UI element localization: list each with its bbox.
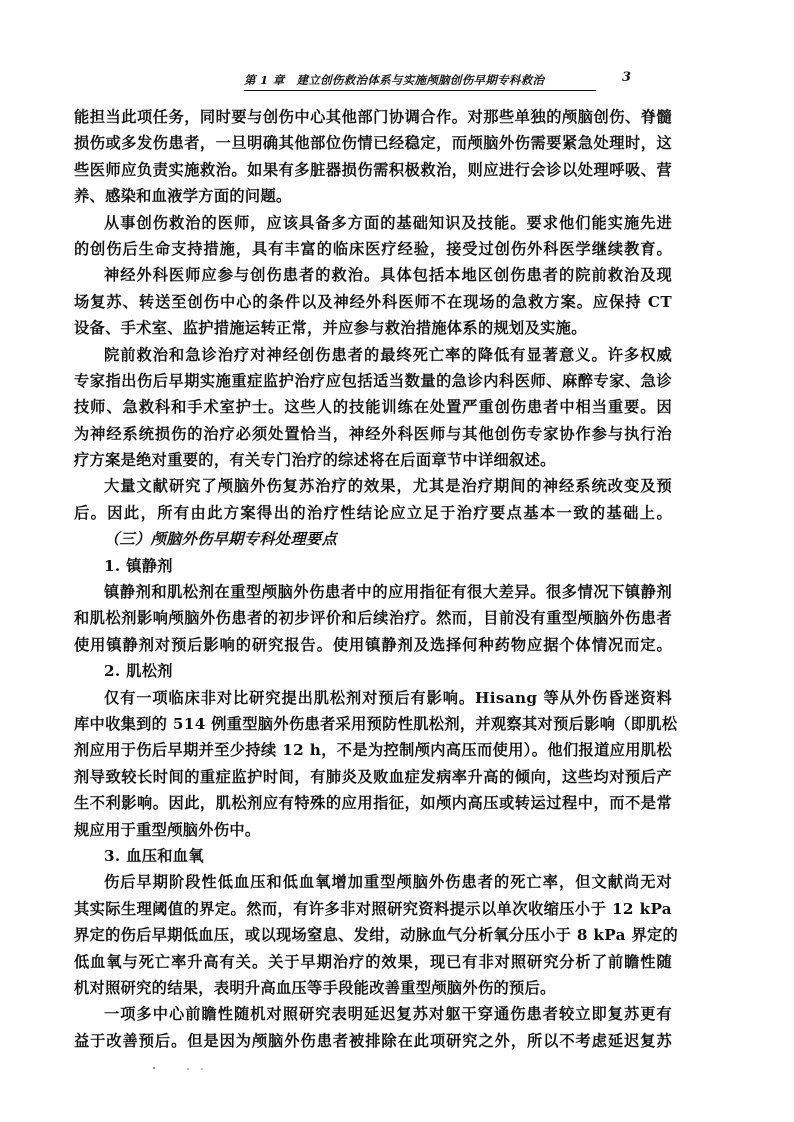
text-line: 专家指出伤后早期实施重症监护治疗应包括适当数量的急诊内科医师、麻醉专家、急诊: [74, 368, 672, 394]
text-line: 1. 镇静剂: [74, 553, 672, 579]
text-line: 低血氧与死亡率升高有关。关于早期治疗的效果，现已有非对照研究分析了前瞻性随: [74, 949, 672, 975]
text-line: 机对照研究的结果，表明升高血压等手段能改善重型颅脑外伤的预后。: [74, 975, 672, 1001]
text-line: 能担当此项任务，同时要与创伤中心其他部门协调合作。对那些单独的颅脑创伤、脊髓: [74, 104, 672, 130]
text-line: 益于改善预后。但是因为颅脑外伤患者被排除在此项研究之外，所以不考虑延迟复苏: [74, 1028, 672, 1054]
text-line: 为神经系统损伤的治疗必须处置恰当，神经外科医师与其他创伤专家协作参与执行治: [74, 421, 672, 447]
text-line: 伤后早期阶段性低血压和低血氧增加重型颅脑外伤患者的死亡率，但文献尚无对: [74, 869, 672, 895]
text-line: 仅有一项临床非对比研究提出肌松剂对预后有影响。Hisang 等从外伤昏迷资料: [74, 685, 672, 711]
text-line: 疗方案是绝对重要的，有关专门治疗的综述将在后面章节中详细叙述。: [74, 447, 672, 473]
text-line: 一项多中心前瞻性随机对照研究表明延迟复苏对躯干穿通伤患者较立即复苏更有: [74, 1001, 672, 1027]
text-line: 大量文献研究了颅脑外伤复苏治疗的效果，尤其是治疗期间的神经系统改变及预: [74, 473, 672, 499]
text-line: 剂应用于伤后早期并至少持续 12 h，不是为控制颅内高压而使用）。他们报道应用肌…: [74, 737, 672, 763]
text-line: 场复苏、转送至创伤中心的条件以及神经外科医师不在现场的急救方案。应保持 CT: [74, 289, 672, 315]
text-line: 规应用于重型颅脑外伤中。: [74, 817, 672, 843]
text-line: 库中收集到的 514 例重型脑外伤患者采用预防性肌松剂，并观察其对预后影响（即肌…: [74, 711, 672, 737]
text-line: 使用镇静剂对预后影响的研究报告。使用镇静剂及选择何种药物应据个体情况而定。: [74, 632, 672, 658]
text-line: 生不利影响。因此，肌松剂应有特殊的应用指征，如颅内高压或转运过程中，而不是常: [74, 790, 672, 816]
text-line: 院前救治和急诊治疗对神经创伤患者的最终死亡率的降低有显著意义。许多权威: [74, 342, 672, 368]
text-line: 后。因此，所有由此方案得出的治疗性结论应立足于治疗要点基本一致的基础上。: [74, 500, 672, 526]
body-text: 能担当此项任务，同时要与创伤中心其他部门协调合作。对那些单独的颅脑创伤、脊髓损伤…: [74, 104, 672, 1054]
text-line: 界定的伤后早期低血压，或以现场窒息、发绀，动脉血气分析氧分压小于 8 kPa 界…: [74, 922, 672, 948]
text-line: 养、感染和血液学方面的问题。: [74, 183, 672, 209]
chapter-label: 第 1 章: [244, 73, 285, 87]
text-line: 损伤或多发伤患者，一旦明确其他部位伤情已经稳定，而颅脑外伤需要紧急处理时，这: [74, 130, 672, 156]
scan-artifact-dot: [201, 1068, 203, 1070]
text-line: 技师、急救科和手术室护士。这些人的技能训练在处置严重创伤患者中相当重要。因: [74, 394, 672, 420]
text-line: 其实际生理阈值的界定。然而，有许多非对照研究资料提示以单次收缩压小于 12 kP…: [74, 896, 672, 922]
page-number: 3: [622, 70, 631, 85]
text-line: 些医师应负责实施救治。如果有多脏器损伤需积极救治，则应进行会诊以处理呼吸、营: [74, 157, 672, 183]
text-line: 设备、手术室、监护措施运转正常，并应参与救治措施体系的规划及实施。: [74, 315, 672, 341]
text-line: 剂导致较长时间的重症监护时间，有肺炎及败血症发病率升高的倾向，这些均对预后产: [74, 764, 672, 790]
text-line: 2. 肌松剂: [74, 658, 672, 684]
text-line: 从事创伤救治的医师，应该具备多方面的基础知识及技能。要求他们能实施先进: [74, 210, 672, 236]
running-header: 第 1 章建立创伤救治体系与实施颅脑创伤早期专科救治 3: [244, 72, 664, 94]
text-line: （三）颅脑外伤早期专科处理要点: [74, 526, 672, 552]
text-line: 和肌松剂影响颅脑外伤患者的初步评价和后续治疗。然而，目前没有重型颅脑外伤患者: [74, 605, 672, 631]
scan-artifact-dot: [153, 1067, 155, 1069]
text-line: 镇静剂和肌松剂在重型颅脑外伤患者中的应用指征有很大差异。很多情况下镇静剂: [74, 579, 672, 605]
header-title-rule: 第 1 章建立创伤救治体系与实施颅脑创伤早期专科救治: [244, 72, 596, 91]
text-line: 神经外科医师应参与创伤患者的救治。具体包括本地区创伤患者的院前救治及现: [74, 262, 672, 288]
chapter-title: 建立创伤救治体系与实施颅脑创伤早期专科救治: [297, 73, 545, 87]
text-line: 的创伤后生命支持措施，具有丰富的临床医疗经验，接受过创伤外科医学继续教育。: [74, 236, 672, 262]
scan-artifact-dot: [187, 1068, 189, 1070]
text-line: 3. 血压和血氧: [74, 843, 672, 869]
